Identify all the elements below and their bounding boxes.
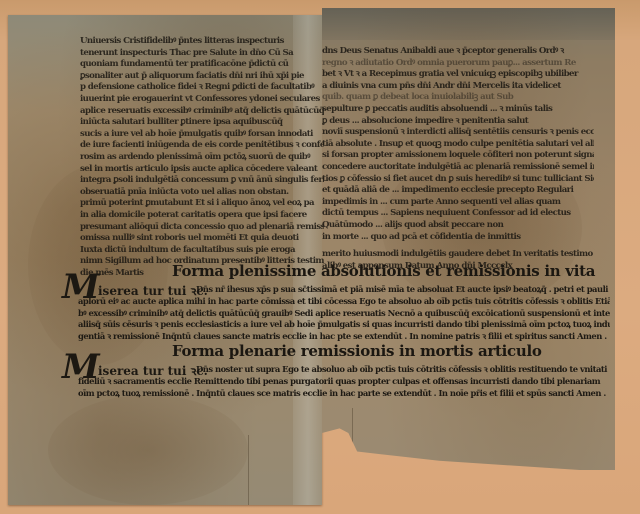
text-line: omissa nulliꝰ sint roboris uel momēti Et… bbox=[80, 233, 324, 245]
text-line: tiā absolute . Insuꝑ et quoqꝫ modo culpe… bbox=[322, 139, 594, 151]
text-line: p defensione catholice fidei ꝛ Regni ꝑdi… bbox=[80, 82, 324, 94]
text-line: Dn̄s noster ut supra Ego te absoluo ab o… bbox=[196, 364, 610, 376]
text-line: Uniuersis Cristifidelibꝰ p̄ntes litteras… bbox=[80, 36, 324, 48]
form-2-heading: Forma plenarie remissionis in mortis art… bbox=[172, 342, 542, 360]
text-line: gentiā ꝛ remissionē Inq̄ntū claues sanct… bbox=[78, 331, 610, 343]
text-line: tios ꝑ cōfessio si fiet aucet dn ꝑ suis … bbox=[322, 174, 594, 186]
text-line: quib. quam ꝑ debeat loca inuiolabiliꝫ au… bbox=[322, 92, 594, 104]
text-line: noviī suspensionū ꝛ interdicti aliisq̄ s… bbox=[322, 127, 594, 139]
text-line: aplorū eiꝰ ac aucte aplica mihi in hac p… bbox=[78, 296, 610, 308]
text-line: oīm pctoꝝ tuoꝝ remissionē . Inq̄ntū clau… bbox=[78, 388, 610, 400]
text-line: et quādā aliā de ... impedimento ecclesi… bbox=[322, 185, 594, 197]
text-line: aliisq̄ sūis cēsuris ꝛ penis ecclesiasti… bbox=[78, 319, 610, 331]
text-line: iuuerint pie erogauerint vt Confessores … bbox=[80, 94, 324, 106]
text-line: obseruatiā pnīa iniūcta voto uel alias n… bbox=[80, 187, 324, 199]
text-line: bꝰ excessibꝰ criminibꝰ atq̄ delictis quā… bbox=[78, 308, 610, 320]
text-line: concedere auctoritate indulgētiā ac plen… bbox=[322, 162, 594, 174]
text-line: dns Deus Senatus Anibaldi aue ꝛ p̄ceptor… bbox=[322, 46, 594, 58]
text-line: ꝑsonaliter aut p̄ aliquorum faciatis dn̄… bbox=[80, 71, 324, 83]
text-line: aplice reseruatis excessibꝰ criminibꝰ at… bbox=[80, 106, 324, 118]
form-1-body: aplorū eiꝰ ac aucte aplica mihi in hac p… bbox=[78, 296, 610, 342]
text-line: in alia domicile poterat caritatis opera… bbox=[80, 210, 324, 222]
text-line: Dn̄s nr̄ ihesus xp̄s p sua sc̄tissimā et… bbox=[196, 284, 610, 296]
text-line: integra ꝑsoli indulgētiā concessum ꝑ vnū… bbox=[80, 175, 324, 187]
text-line: fideliū ꝛ sacramentis ecclie Remittendo … bbox=[78, 376, 610, 388]
text-line: primū poterint ꝑmutabunt Et si i aliquo … bbox=[80, 198, 324, 210]
text-line: bet ꝛ Vt ꝛ a Recepimus gratia vel vnicui… bbox=[322, 69, 594, 81]
letter-body-right: dns Deus Senatus Anibaldi aue ꝛ p̄ceptor… bbox=[322, 46, 594, 272]
form-1-heading: Forma plenissime absolutionis et remissi… bbox=[172, 262, 595, 280]
text-line: in morte ... quo ad pcā et cōfidentia de… bbox=[322, 232, 594, 244]
text-line: rosim as ardendo plenissimā oīm pctōꝝ su… bbox=[80, 152, 324, 164]
text-line: tenerunt inspecturis Thac pre Salute in … bbox=[80, 48, 324, 60]
text-line: quoniam fundamentū ter pratificacōne p̄d… bbox=[80, 59, 324, 71]
dark-top-band bbox=[322, 8, 615, 40]
text-line: iniūcta salutari bulliter ꝑtinere ipsa a… bbox=[80, 117, 324, 129]
text-line: impedimis in ... cum parte Anno sequenti… bbox=[322, 197, 594, 209]
text-line: sepulture ꝑ peccatis auditis absoluendi … bbox=[322, 104, 594, 116]
text-line: sucis a iure vel ab hoīe p̄mulgatis quib… bbox=[80, 129, 324, 141]
stain bbox=[48, 395, 248, 505]
crease bbox=[248, 435, 249, 505]
text-line: Iuxta dictū indultum de facultatibus sui… bbox=[80, 245, 324, 257]
text-line: presumant aliōquī dicta concessio quo ad… bbox=[80, 222, 324, 234]
text-line: a diuinis vna cum pn̄s dn̄i Andr dn̄i Me… bbox=[322, 81, 594, 93]
text-line: de iure facienti iniūgenda de eis corde … bbox=[80, 140, 324, 152]
text-line: sel in mortis articulo ipsis aucte aplic… bbox=[80, 164, 324, 176]
text-line: si forsan propter amissionem loquele cōf… bbox=[322, 150, 594, 162]
text-line: regno ꝛ adiutatio Ordꝰ omnia puerorum pa… bbox=[322, 58, 594, 70]
text-line: merito huiusmodi indulgētiis gaudere deb… bbox=[322, 249, 594, 261]
form-2-first-line: Dn̄s noster ut supra Ego te absoluo ab o… bbox=[196, 364, 610, 376]
form-2-body: fideliū ꝛ sacramentis ecclie Remittendo … bbox=[78, 376, 610, 399]
letter-body-left: Uniuersis Cristifidelibꝰ p̄ntes litteras… bbox=[80, 36, 324, 279]
text-line: ꝑ deus ... absolucione impedire ꝛ penite… bbox=[322, 116, 594, 128]
form-1-first-line: Dn̄s nr̄ ihesus xp̄s p sua sc̄tissimā et… bbox=[196, 284, 610, 296]
text-line: dictū tempus ... Sapiens nequiuent Confe… bbox=[322, 208, 594, 220]
text-line: Quātūmodo ... alijs quod absit peccare n… bbox=[322, 220, 594, 232]
